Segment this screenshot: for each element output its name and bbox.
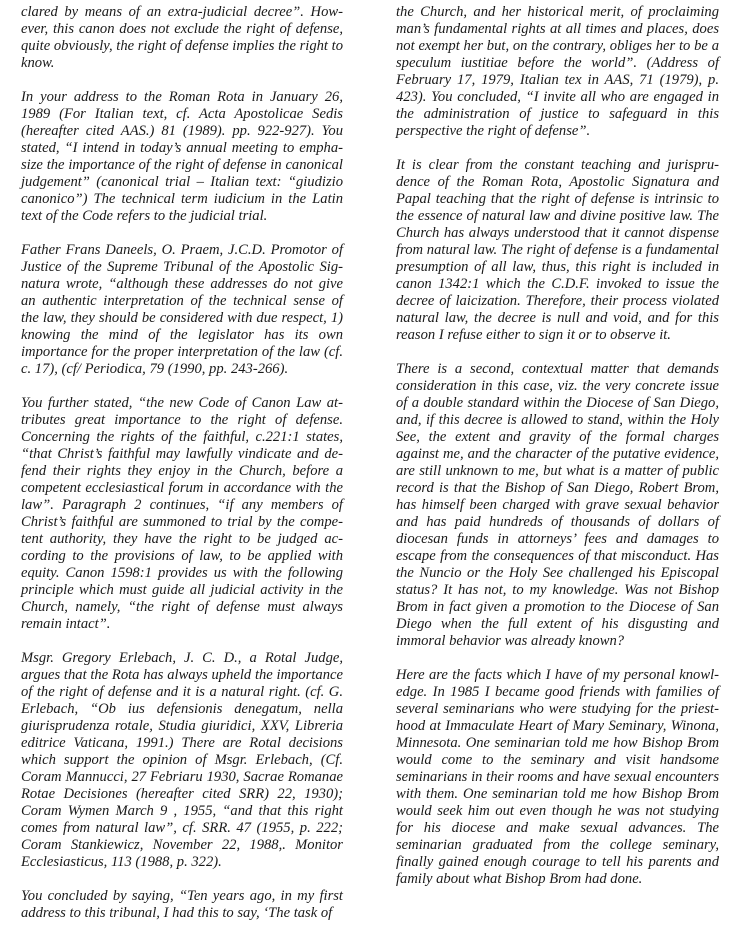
paragraph-code-of-canon-law: You further stated, “the new Code of Can… — [21, 395, 343, 633]
paragraph-roman-rota-address: In your address to the Roman Rota in Jan… — [21, 89, 343, 225]
right-text-column: the Church, and her historical merit, of… — [396, 4, 719, 888]
left-text-column: clared by means of an extra-judicial dec… — [21, 4, 343, 922]
paragraph-right-to-know: clared by means of an extra-judicial dec… — [21, 4, 343, 72]
paragraph-double-standard: There is a second, contextual matter tha… — [396, 361, 719, 650]
paragraph-speculum-iustitiae: the Church, and her historical merit, of… — [396, 4, 719, 140]
paragraph-personal-knowledge: Here are the facts which I have of my pe… — [396, 667, 719, 888]
paragraph-natural-law: It is clear from the constant teaching a… — [396, 157, 719, 344]
paragraph-daneels: Father Frans Daneels, O. Praem, J.C.D. P… — [21, 242, 343, 378]
paragraph-concluded-by-saying: You concluded by saying, “Ten years ago,… — [21, 888, 343, 922]
document-page: clared by means of an extra-judicial dec… — [0, 0, 739, 925]
paragraph-erlebach: Msgr. Gregory Erlebach, J. C. D., a Rota… — [21, 650, 343, 871]
